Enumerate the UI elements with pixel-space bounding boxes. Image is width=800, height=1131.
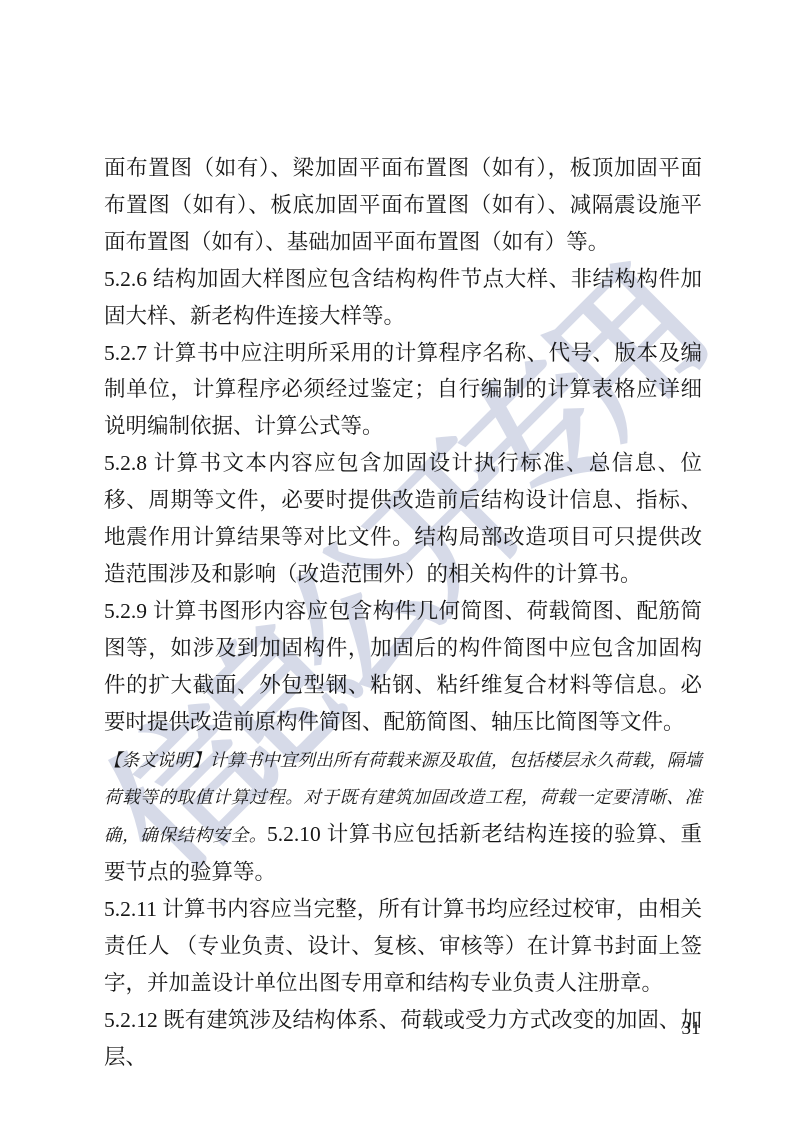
clause-5-2-8: 5.2.8 计算书文本内容应包含加固设计执行标准、总信息、位移、周期等文件，必要… <box>104 445 702 593</box>
document-page: 信息公开专用 面布置图（如有）、梁加固平面布置图（如有），板顶加固平面布置图（如… <box>0 0 800 1131</box>
commentary-and-clause-5-2-10: 【条文说明】计算书中宜列出所有荷载来源及取值，包括楼层永久荷载，隔墙荷载等的取值… <box>104 741 702 892</box>
document-body: 面布置图（如有）、梁加固平面布置图（如有），板顶加固平面布置图（如有）、板底加固… <box>104 150 702 1076</box>
clause-5-2-7: 5.2.7 计算书中应注明所采用的计算程序名称、代号、版本及编制单位，计算程序必… <box>104 335 702 446</box>
clause-5-2-6: 5.2.6 结构加固大样图应包含结构构件节点大样、非结构构件加固大样、新老构件连… <box>104 261 702 335</box>
clause-5-2-9: 5.2.9 计算书图形内容应包含构件几何简图、荷载简图、配筋简图等，如涉及到加固… <box>104 593 702 741</box>
page-number: 31 <box>668 1018 714 1040</box>
paragraph-continuation: 面布置图（如有）、梁加固平面布置图（如有），板顶加固平面布置图（如有）、板底加固… <box>104 150 702 261</box>
clause-5-2-12: 5.2.12 既有建筑涉及结构体系、荷载或受力方式改变的加固、加层、 <box>104 1002 702 1076</box>
clause-5-2-11: 5.2.11 计算书内容应当完整，所有计算书均应经过校审，由相关责任人 （专业负… <box>104 891 702 1002</box>
